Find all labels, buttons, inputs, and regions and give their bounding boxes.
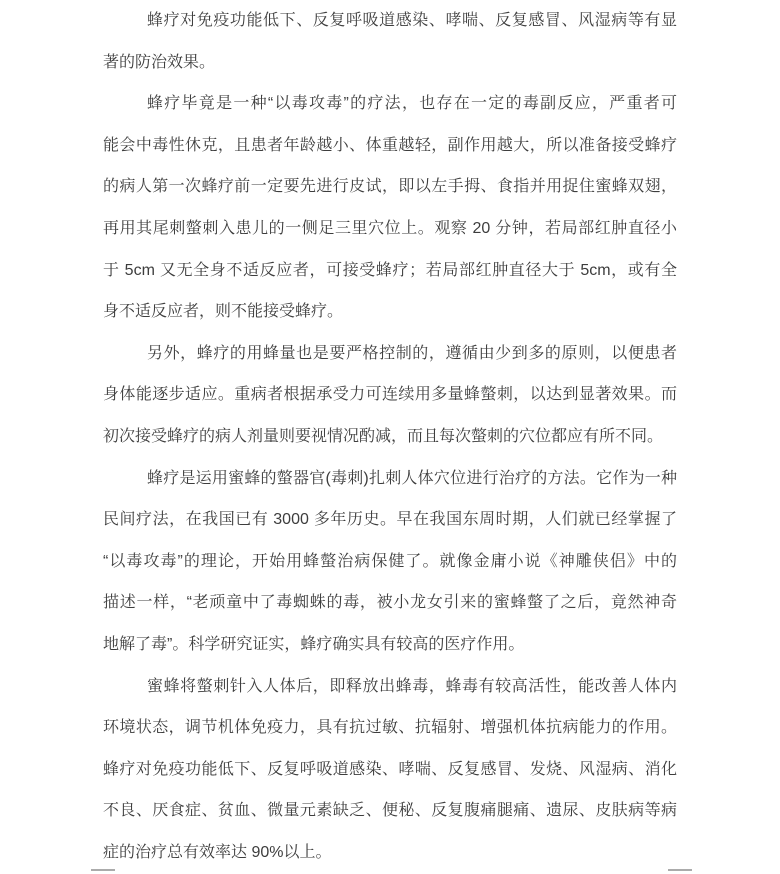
text-line: 民间疗法，在我国已有 3000 多年历史。早在我国东周时期，人们就已经掌握了: [103, 499, 677, 541]
text-line: “以毒攻毒”的理论，开始用蜂螫治病保健了。就像金庸小说《神雕侠侣》中的: [103, 541, 677, 583]
text-line: 不良、厌食症、贫血、微量元素缺乏、便秘、反复腹痛腿痛、遗尿、皮肤病等病: [103, 790, 677, 832]
text-line: 著的防治效果。: [103, 42, 677, 84]
document-page: 蜂疗对免疫功能低下、反复呼吸道感染、哮喘、反复感冒、风湿病等有显 著的防治效果。…: [103, 0, 677, 873]
text-line: 蜂疗是运用蜜蜂的螫器官(毒刺)扎刺人体穴位进行治疗的方法。它作为一种: [103, 458, 677, 500]
page-corner-mark-left: [91, 869, 115, 871]
page-corner-mark-right: [668, 869, 692, 871]
text-line: 蜂疗毕竟是一种“以毒攻毒”的疗法，也存在一定的毒副反应，严重者可: [103, 83, 677, 125]
text-line: 环境状态，调节机体免疫力，具有抗过敏、抗辐射、增强机体抗病能力的作用。: [103, 707, 677, 749]
text-line: 初次接受蜂疗的病人剂量则要视情况酌减，而且每次螫刺的穴位都应有所不同。: [103, 416, 677, 458]
text-line: 另外，蜂疗的用蜂量也是要严格控制的，遵循由少到多的原则，以便患者: [103, 333, 677, 375]
text-line: 蜜蜂将螫刺针入人体后，即释放出蜂毒，蜂毒有较高活性，能改善人体内: [103, 666, 677, 708]
text-line: 再用其尾刺螫刺入患儿的一侧足三里穴位上。观察 20 分钟，若局部红肿直径小: [103, 208, 677, 250]
text-line: 能会中毒性休克，且患者年龄越小、体重越轻，副作用越大，所以准备接受蜂疗: [103, 125, 677, 167]
text-line: 地解了毒”。科学研究证实，蜂疗确实具有较高的医疗作用。: [103, 624, 677, 666]
text-line: 描述一样，“老顽童中了毒蜘蛛的毒，被小龙女引来的蜜蜂螫了之后，竟然神奇: [103, 582, 677, 624]
text-line: 的病人第一次蜂疗前一定要先进行皮试，即以左手拇、食指并用捉住蜜蜂双翅，: [103, 166, 677, 208]
text-line: 蜂疗对免疫功能低下、反复呼吸道感染、哮喘、反复感冒、发烧、风湿病、消化: [103, 749, 677, 791]
document-view: { "doc": { "background": "#ffffff", "tex…: [0, 0, 780, 874]
text-line: 身体能逐步适应。重病者根据承受力可连续用多量蜂螫刺，以达到显著效果。而: [103, 374, 677, 416]
text-line: 身不适反应者，则不能接受蜂疗。: [103, 291, 677, 333]
text-line: 蜂疗对免疫功能低下、反复呼吸道感染、哮喘、反复感冒、风湿病等有显: [103, 0, 677, 42]
text-line: 症的治疗总有效率达 90%以上。: [103, 832, 677, 874]
text-line: 于 5cm 又无全身不适反应者，可接受蜂疗；若局部红肿直径大于 5cm，或有全: [103, 250, 677, 292]
